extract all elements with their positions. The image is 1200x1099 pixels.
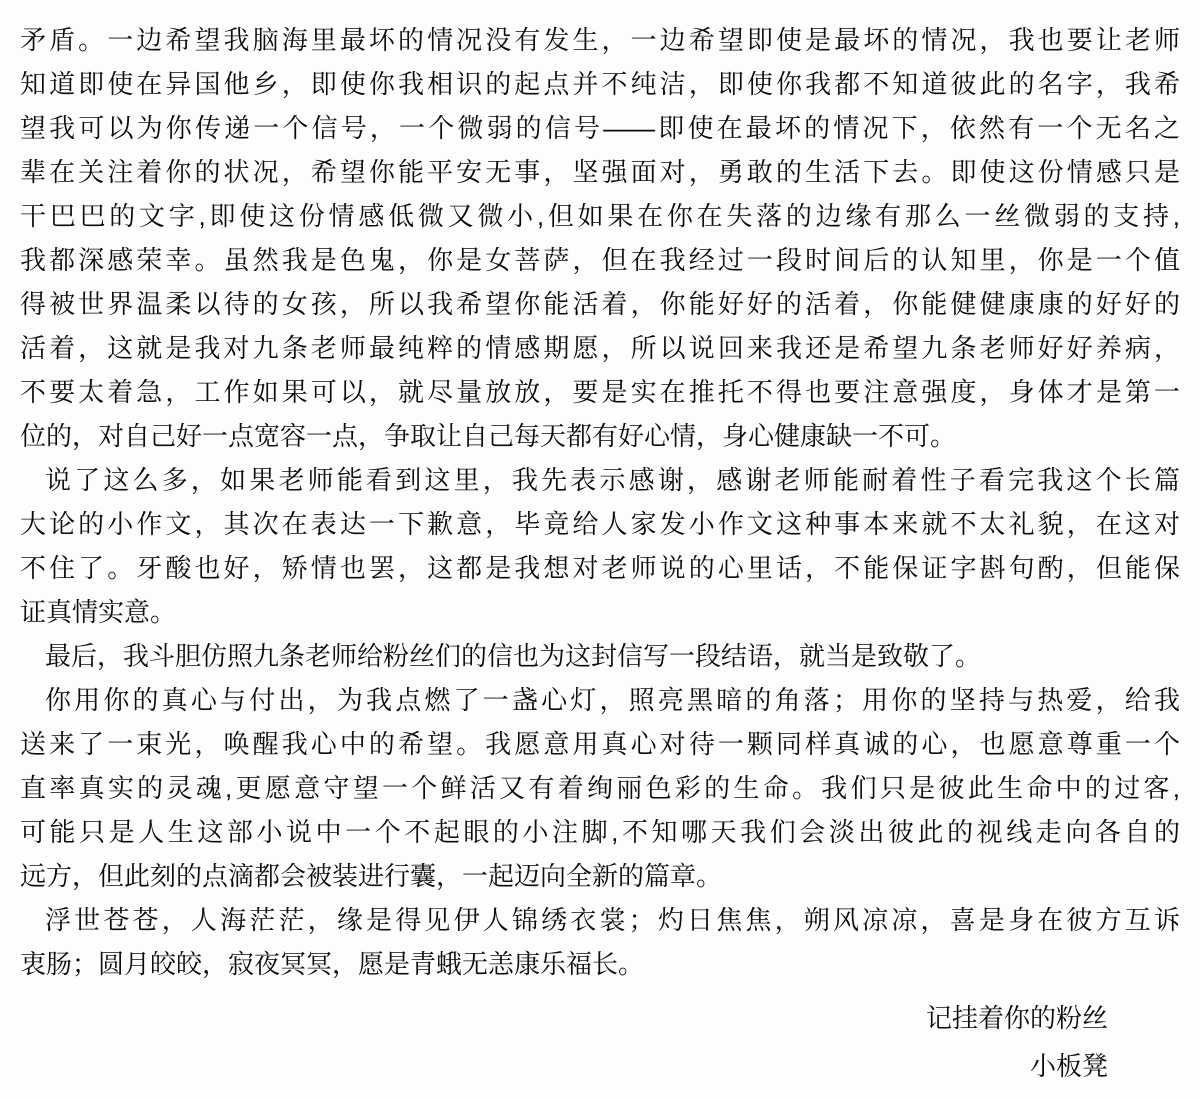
letter-line: 你用你的真心与付出，为我点燃了一盏心灯，照亮黑暗的角落；用你的坚持与热爱，给我 [20, 678, 1180, 722]
letter-line: 说了这么多，如果老师能看到这里，我先表示感谢，感谢老师能耐着性子看完我这个长篇 [20, 458, 1180, 502]
letter-line: 矛盾。一边希望我脑海里最坏的情况没有发生，一边希望即使是最坏的情况，我也要让老师 [20, 18, 1180, 62]
letter-text: 矛盾。一边希望我脑海里最坏的情况没有发生，一边希望即使是最坏的情况，我也要让老师… [20, 18, 1180, 986]
letter-line: 知道即使在异国他乡，即使你我相识的起点并不纯洁，即使你我都不知道彼此的名字，我希 [20, 62, 1180, 106]
letter-line: 干巴巴的文字,即使这份情感低微又微小,但如果在你在失落的边缘有那么一丝微弱的支持… [20, 194, 1180, 238]
letter-line: 最后，我斗胆仿照九条老师给粉丝们的信也为这封信写一段结语，就当是致敬了。 [20, 634, 1180, 678]
letter-body: 矛盾。一边希望我脑海里最坏的情况没有发生，一边希望即使是最坏的情况，我也要让老师… [0, 0, 1200, 1090]
signature-name: 小板凳 [20, 1042, 1108, 1090]
letter-line: 浮世苍苍，人海茫茫，缘是得见伊人锦绣衣裳；灼日焦焦，朔风凉凉，喜是身在彼方互诉 [20, 898, 1180, 942]
signature-block: 记挂着你的粉丝 小板凳 [20, 994, 1180, 1090]
letter-line: 不住了。牙酸也好，矫情也罢，这都是我想对老师说的心里话，不能保证字斟句酌，但能保 [20, 546, 1180, 590]
letter-line: 大论的小作文，其次在表达一下歉意，毕竟给人家发小作文这种事本来就不太礼貌，在这对 [20, 502, 1180, 546]
letter-line: 直率真实的灵魂,更愿意守望一个鲜活又有着绚丽色彩的生命。我们只是彼此生命中的过客… [20, 766, 1180, 810]
signature-role: 记挂着你的粉丝 [20, 994, 1108, 1042]
letter-line: 远方，但此刻的点滴都会被装进行囊，一起迈向全新的篇章。 [20, 854, 1180, 898]
letter-line: 送来了一束光，唤醒我心中的希望。我愿意用真心对待一颗同样真诚的心，也愿意尊重一个 [20, 722, 1180, 766]
letter-line: 衷肠；圆月皎皎，寂夜冥冥，愿是青蛾无恙康乐福长。 [20, 942, 1180, 986]
letter-line: 位的，对自己好一点宽容一点，争取让自己每天都有好心情，身心健康缺一不可。 [20, 414, 1180, 458]
letter-line: 不要太着急，工作如果可以，就尽量放放，要是实在推托不得也要注意强度，身体才是第一 [20, 370, 1180, 414]
letter-line: 活着，这就是我对九条老师最纯粹的情感期愿，所以说回来我还是希望九条老师好好养病， [20, 326, 1180, 370]
letter-line: 我都深感荣幸。虽然我是色鬼，你是女菩萨，但在我经过一段时间后的认知里，你是一个值 [20, 238, 1180, 282]
letter-line: 望我可以为你传递一个信号，一个微弱的信号——即使在最坏的情况下，依然有一个无名之 [20, 106, 1180, 150]
letter-line: 可能只是人生这部小说中一个不起眼的小注脚,不知哪天我们会淡出彼此的视线走向各自的 [20, 810, 1180, 854]
letter-line: 证真情实意。 [20, 590, 1180, 634]
letter-line: 得被世界温柔以待的女孩，所以我希望你能活着，你能好好的活着，你能健健康康的好好的 [20, 282, 1180, 326]
letter-line: 辈在关注着你的状况，希望你能平安无事，坚强面对，勇敢的生活下去。即使这份情感只是 [20, 150, 1180, 194]
